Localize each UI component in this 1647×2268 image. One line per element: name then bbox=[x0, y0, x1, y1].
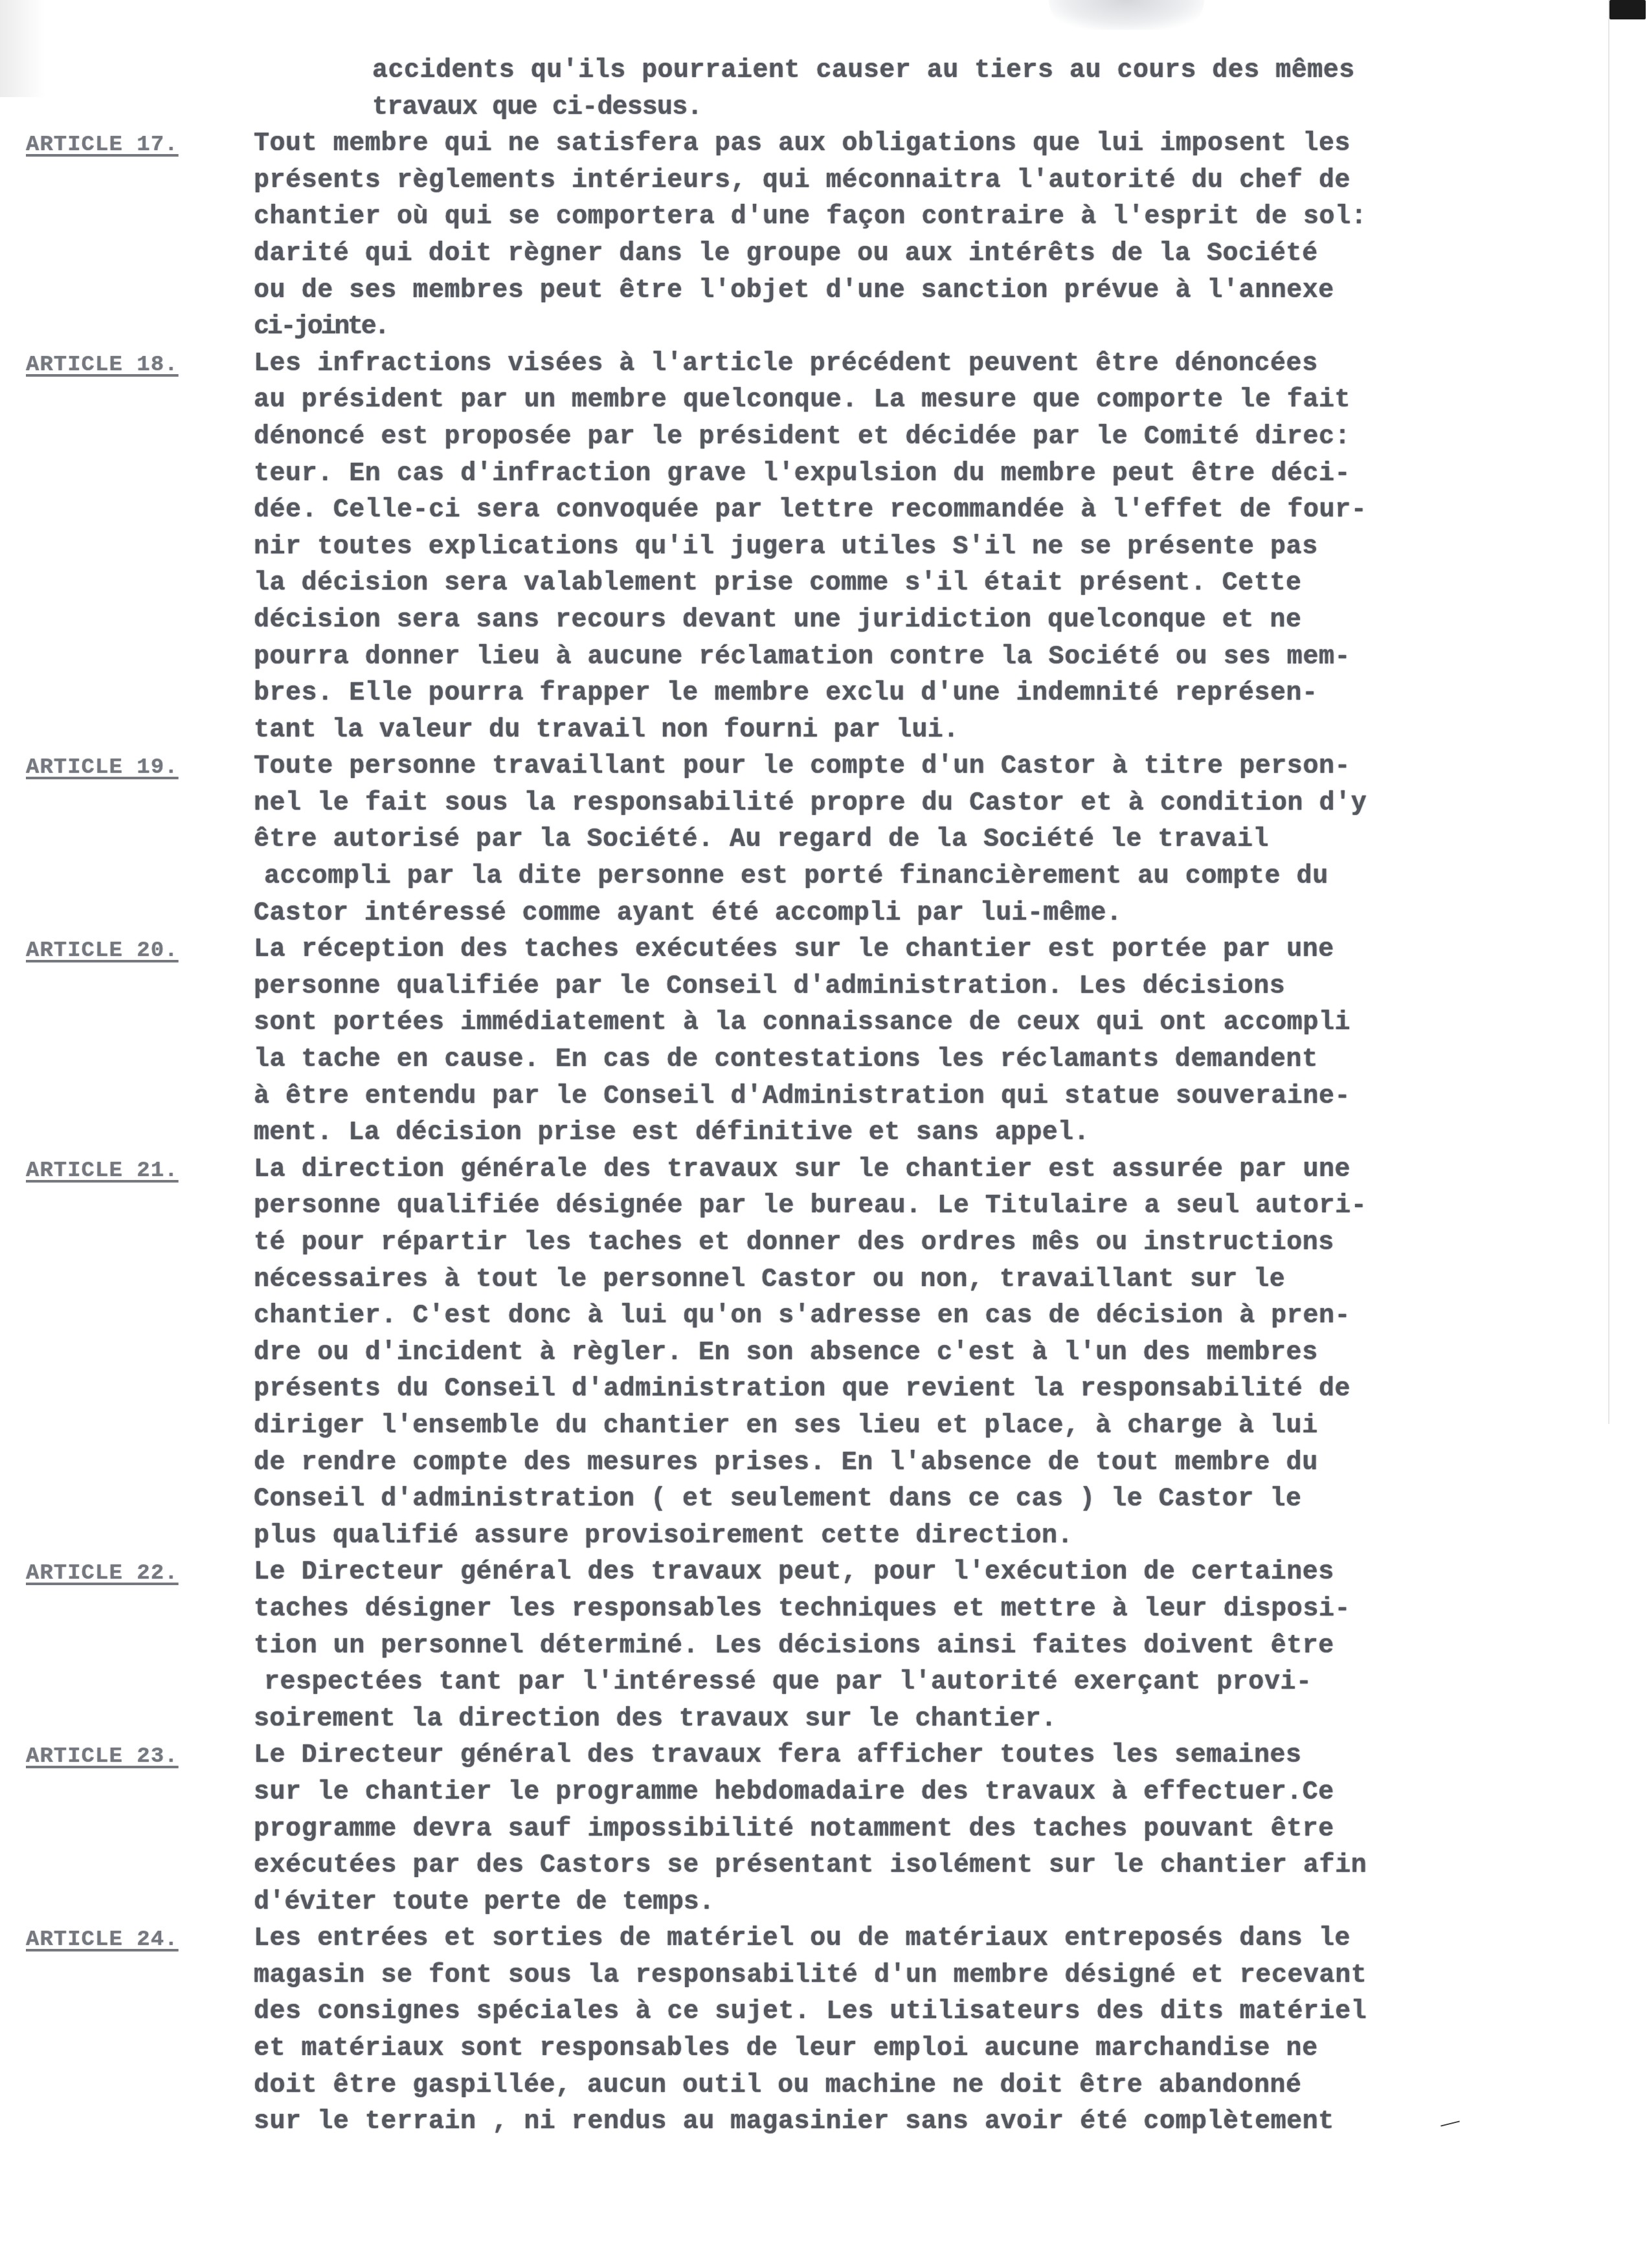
text-line: d'éviter toute perte de temps. bbox=[254, 1885, 1599, 1922]
text-line: té pour répartir les taches et donner de… bbox=[254, 1225, 1599, 1262]
text-line: présents règlements intérieurs, qui méco… bbox=[254, 163, 1599, 200]
text-line: dre ou d'incident à règler. En son absen… bbox=[254, 1335, 1599, 1372]
text-line: Le Directeur général des travaux fera af… bbox=[254, 1738, 1599, 1775]
article-20: ARTICLE 20.La réception des taches exécu… bbox=[0, 932, 1599, 1152]
text-line: personne qualifiée par le Conseil d'admi… bbox=[254, 969, 1599, 1006]
article-21: ARTICLE 21.La direction générale des tra… bbox=[0, 1152, 1599, 1555]
text-line: teur. En cas d'infraction grave l'expuls… bbox=[254, 456, 1599, 493]
text-line: dée. Celle-ci sera convoquée par lettre … bbox=[254, 493, 1599, 529]
text-line: dénoncé est proposée par le président et… bbox=[254, 419, 1599, 456]
article-label: ARTICLE 17. bbox=[26, 130, 178, 160]
article-24: ARTICLE 24.Les entrées et sorties de mat… bbox=[0, 1921, 1599, 2141]
article-label: ARTICLE 21. bbox=[26, 1156, 178, 1186]
article-17: ARTICLE 17.Tout membre qui ne satisfera … bbox=[0, 126, 1599, 346]
text-line: exécutées par des Castors se présentant … bbox=[254, 1848, 1599, 1885]
text-line: darité qui doit règner dans le groupe ou… bbox=[254, 236, 1599, 273]
text-line: travaux que ci-dessus. bbox=[372, 90, 1599, 127]
text-line: diriger l'ensemble du chantier en ses li… bbox=[254, 1408, 1599, 1445]
text-line: La réception des taches exécutées sur le… bbox=[254, 932, 1599, 969]
text-line: présents du Conseil d'administration que… bbox=[254, 1372, 1599, 1408]
text-line: Les entrées et sorties de matériel ou de… bbox=[254, 1921, 1599, 1958]
article-23: ARTICLE 23.Le Directeur général des trav… bbox=[0, 1738, 1599, 1921]
text-line: Conseil d'administration ( et seulement … bbox=[254, 1482, 1599, 1518]
text-line: accidents qu'ils pourraient causer au ti… bbox=[372, 53, 1599, 90]
text-line: magasin se font sous la responsabilité d… bbox=[254, 1958, 1599, 1995]
scanner-corner-mark bbox=[1609, 0, 1646, 19]
text-line: bres. Elle pourra frapper le membre excl… bbox=[254, 676, 1599, 713]
text-line: ment. La décision prise est définitive e… bbox=[254, 1115, 1599, 1152]
text-line: sur le chantier le programme hebdomadair… bbox=[254, 1775, 1599, 1812]
text-line: respectées tant par l'intéressé que par … bbox=[264, 1665, 1599, 1702]
article-label: ARTICLE 22. bbox=[26, 1559, 178, 1588]
text-line: personne qualifiée désignée par le burea… bbox=[254, 1188, 1599, 1225]
text-line: être autorisé par la Société. Au regard … bbox=[254, 822, 1599, 859]
text-line: plus qualifié assure provisoirement cett… bbox=[254, 1518, 1599, 1555]
paper-smudge bbox=[1049, 0, 1204, 30]
article-label: ARTICLE 19. bbox=[26, 753, 178, 783]
text-line: ou de ses membres peut être l'objet d'un… bbox=[254, 273, 1599, 310]
text-line: La direction générale des travaux sur le… bbox=[254, 1152, 1599, 1189]
article-label: ARTICLE 23. bbox=[26, 1742, 178, 1772]
text-line: ci-jointe. bbox=[254, 309, 1599, 346]
text-line: chantier où qui se comportera d'une faço… bbox=[254, 199, 1599, 236]
text-line: sur le terrain , ni rendus au magasinier… bbox=[254, 2104, 1599, 2141]
text-line: au président par un membre quelconque. L… bbox=[254, 383, 1599, 419]
text-line: sont portées immédiatement à la connaiss… bbox=[254, 1005, 1599, 1042]
article-19: ARTICLE 19.Toute personne travaillant po… bbox=[0, 749, 1599, 932]
text-line: tion un personnel déterminé. Les décisio… bbox=[254, 1629, 1599, 1665]
text-line: des consignes spéciales à ce sujet. Les … bbox=[254, 1994, 1599, 2031]
text-line: Tout membre qui ne satisfera pas aux obl… bbox=[254, 126, 1599, 163]
text-line: de rendre compte des mesures prises. En … bbox=[254, 1445, 1599, 1482]
article-22: ARTICLE 22.Le Directeur général des trav… bbox=[0, 1555, 1599, 1738]
text-line: décision sera sans recours devant une ju… bbox=[254, 603, 1599, 639]
text-line: nécessaires à tout le personnel Castor o… bbox=[254, 1262, 1599, 1299]
text-line: programme devra sauf impossibilité notam… bbox=[254, 1812, 1599, 1849]
article-18: ARTICLE 18.Les infractions visées à l'ar… bbox=[0, 346, 1599, 750]
text-line: pourra donner lieu à aucune réclamation … bbox=[254, 639, 1599, 676]
text-line: Castor intéressé comme ayant été accompl… bbox=[254, 896, 1599, 933]
text-line: taches désigner les responsables techniq… bbox=[254, 1592, 1599, 1629]
article-label: ARTICLE 24. bbox=[26, 1925, 178, 1955]
text-line: nir toutes explications qu'il jugera uti… bbox=[254, 529, 1599, 566]
text-line: tant la valeur du travail non fourni par… bbox=[254, 713, 1599, 750]
text-line: la décision sera valablement prise comme… bbox=[254, 566, 1599, 603]
text-line: à être entendu par le Conseil d'Administ… bbox=[254, 1079, 1599, 1116]
text-line: et matériaux sont responsables de leur e… bbox=[254, 2031, 1599, 2068]
text-line: soirement la direction des travaux sur l… bbox=[254, 1702, 1599, 1739]
text-line: doit être gaspillée, aucun outil ou mach… bbox=[254, 2068, 1599, 2105]
page-edge-line bbox=[1608, 0, 1609, 1424]
article-label: ARTICLE 20. bbox=[26, 936, 178, 966]
typewritten-page: accidents qu'ils pourraient causer au ti… bbox=[0, 53, 1599, 2141]
text-line: Le Directeur général des travaux peut, p… bbox=[254, 1555, 1599, 1592]
text-line: Toute personne travaillant pour le compt… bbox=[254, 749, 1599, 786]
article-label: ARTICLE 18. bbox=[26, 350, 178, 380]
text-line: Les infractions visées à l'article précé… bbox=[254, 346, 1599, 383]
text-line: accompli par la dite personne est porté … bbox=[264, 859, 1599, 896]
continued-paragraph: accidents qu'ils pourraient causer au ti… bbox=[0, 53, 1599, 126]
articles-list: ARTICLE 17.Tout membre qui ne satisfera … bbox=[0, 126, 1599, 2141]
text-line: la tache en cause. En cas de contestatio… bbox=[254, 1042, 1599, 1079]
text-line: chantier. C'est donc à lui qu'on s'adres… bbox=[254, 1298, 1599, 1335]
text-line: nel le fait sous la responsabilité propr… bbox=[254, 786, 1599, 823]
